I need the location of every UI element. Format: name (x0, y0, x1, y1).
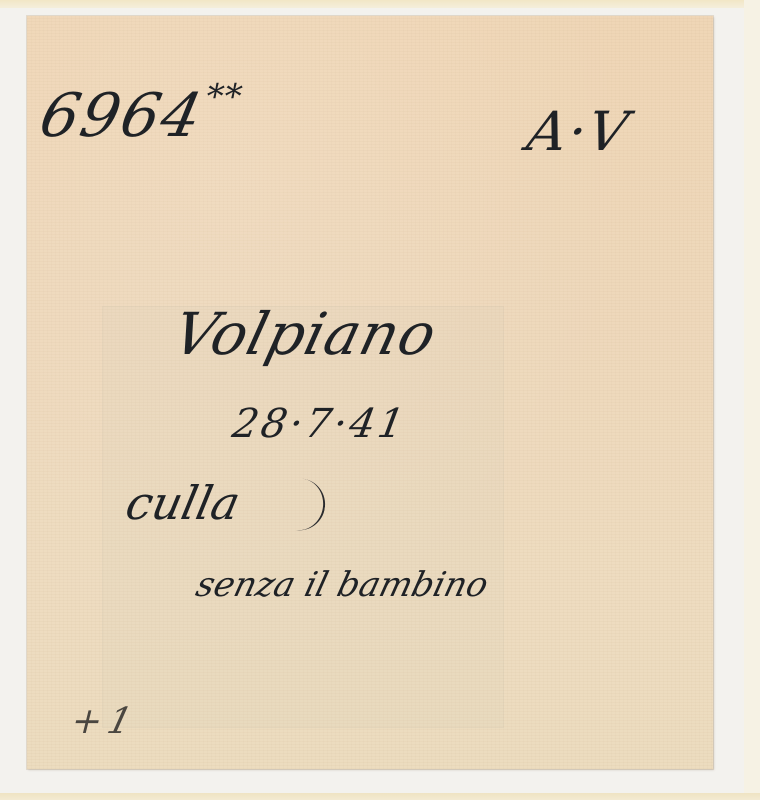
date: 28·7·41 (229, 404, 410, 444)
place-name: Volpiano (168, 305, 443, 363)
author-initials: A·V (523, 105, 634, 159)
backing-edge-top (0, 0, 760, 8)
backing-edge-right (744, 0, 760, 800)
subject: culla (122, 480, 244, 526)
backing-edge-bottom (0, 793, 760, 800)
note: senza il bambino (193, 568, 492, 602)
catalog-number-value: 6964 (34, 81, 210, 151)
count-mark: +1 (68, 704, 142, 740)
catalog-number: 6964** (35, 80, 246, 146)
